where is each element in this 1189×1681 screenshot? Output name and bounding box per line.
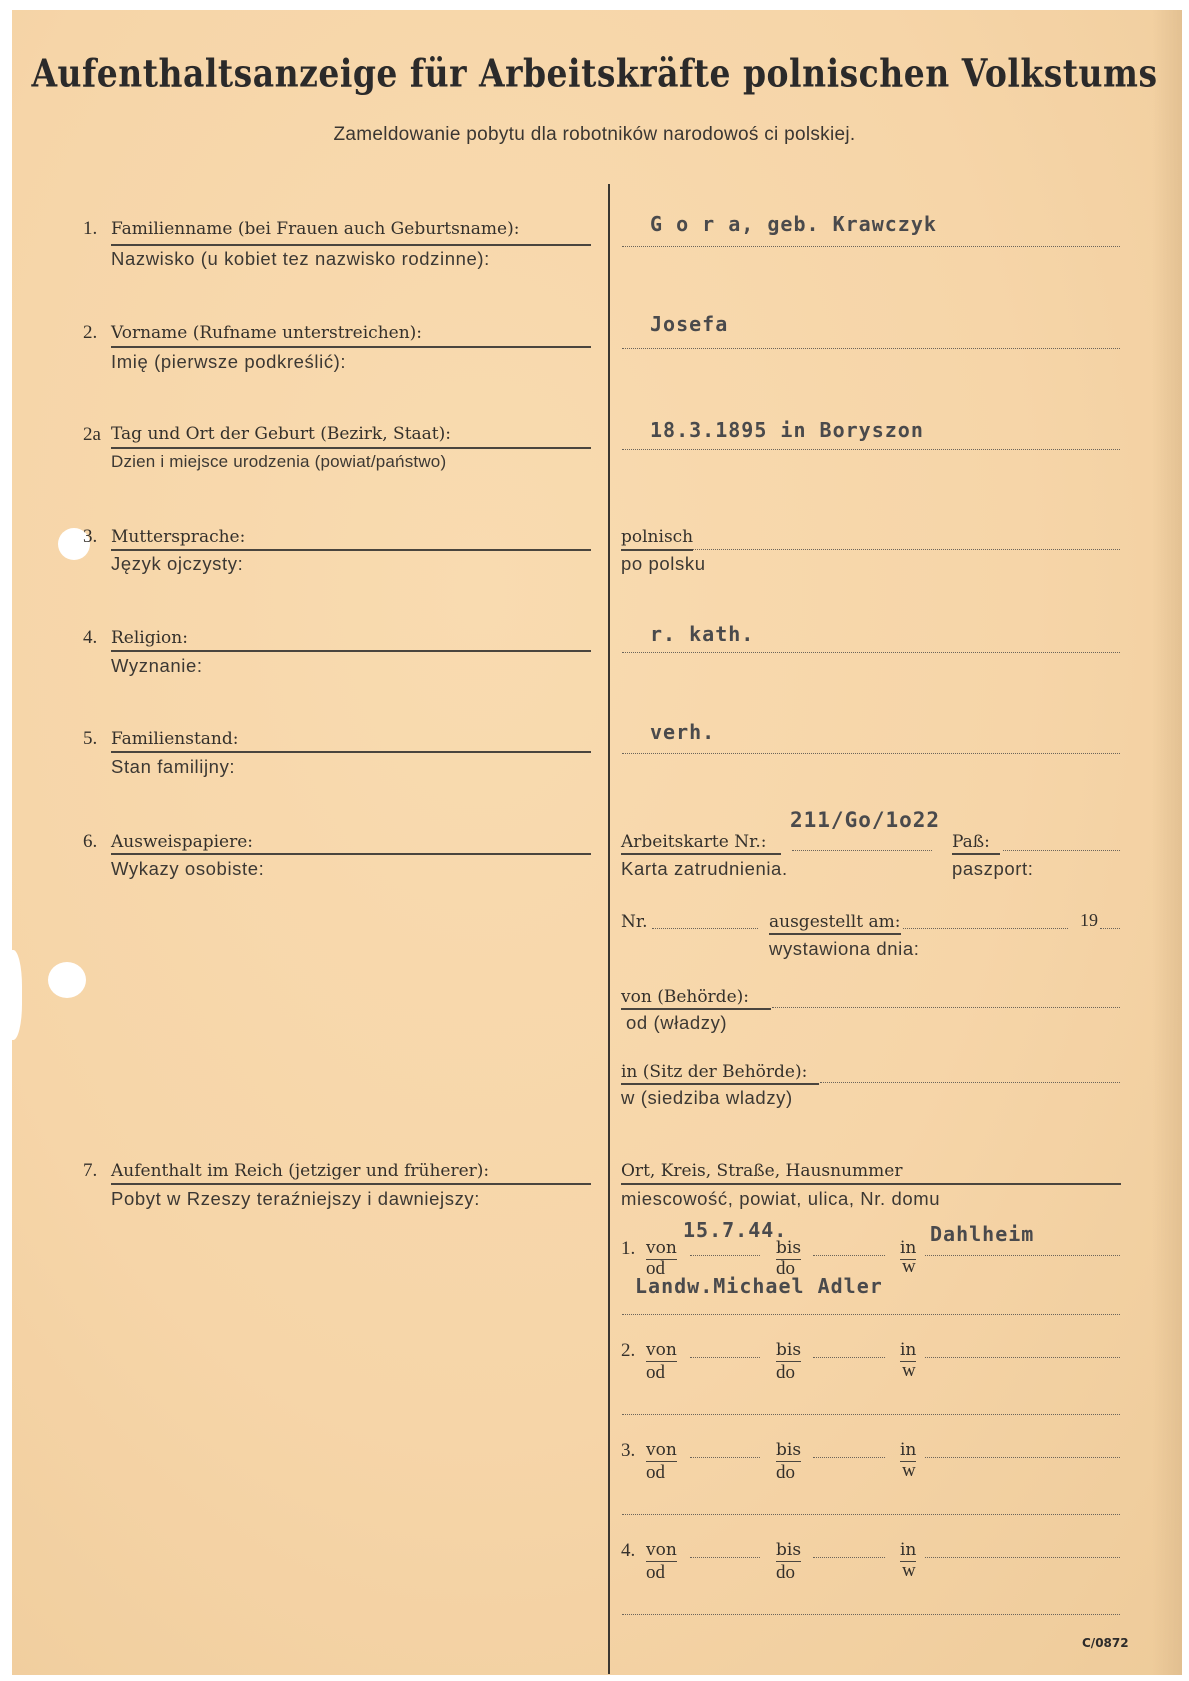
field-label-pl: Dzien i miejsce urodzenia (powiat/państw… xyxy=(111,452,446,472)
mother-tongue-value-pl: po polsku xyxy=(621,553,706,575)
fill-line xyxy=(622,348,1120,349)
in-label: in xyxy=(900,1440,916,1460)
row-number: 3. xyxy=(621,1440,635,1462)
until-label: bis xyxy=(776,1238,801,1258)
marital-status-value[interactable]: verh. xyxy=(650,720,715,744)
label-underline xyxy=(111,1183,591,1185)
field-label-pl: Nazwisko (u kobiet tez nazwisko rodzinne… xyxy=(111,248,490,270)
until-fill-line[interactable] xyxy=(813,1457,885,1458)
label-underline xyxy=(111,244,591,246)
authority-fill-line[interactable] xyxy=(772,1007,1120,1008)
in-label-pl: w xyxy=(902,1560,916,1582)
fill-line xyxy=(622,753,1120,754)
field-label-de: Vorname (Rufname unterstreichen): xyxy=(111,323,422,343)
until-fill-line[interactable] xyxy=(813,1357,885,1358)
from-label-de: von xyxy=(646,1238,677,1260)
fill-line[interactable] xyxy=(622,1614,1120,1615)
in-label-de: in xyxy=(900,1340,916,1362)
passport-label-de: Paß: xyxy=(952,832,990,852)
from-fill-line[interactable] xyxy=(690,1557,760,1558)
torn-edge xyxy=(0,950,22,1040)
label-underline xyxy=(621,1083,819,1085)
field-number: 1. xyxy=(83,218,97,240)
label-underline xyxy=(111,853,591,855)
residence-header-de: Ort, Kreis, Straße, Hausnummer xyxy=(621,1161,902,1181)
fill-line xyxy=(622,652,1120,653)
field-label-pl: Wykazy osobiste: xyxy=(111,858,264,880)
from-label-pl: od xyxy=(646,1462,665,1484)
field-number: 4. xyxy=(83,627,97,649)
from-label-de: von xyxy=(646,1540,677,1562)
birth-date-place-value[interactable]: 18.3.1895 in Boryszon xyxy=(650,418,924,442)
authority-label-pl: od (władzy) xyxy=(626,1012,727,1034)
year-fill-line[interactable] xyxy=(1100,928,1120,929)
fill-line[interactable] xyxy=(622,1414,1120,1415)
field-number: 6. xyxy=(83,831,97,853)
residence-1-from-value[interactable]: 15.7.44. xyxy=(683,1218,787,1242)
from-fill-line[interactable] xyxy=(690,1255,760,1256)
work-card-label-de: Arbeitskarte Nr.: xyxy=(621,832,766,852)
label-underline xyxy=(111,447,591,449)
residence-header-pl: miescowość, powiat, ulica, Nr. domu xyxy=(621,1188,940,1210)
until-label-de: bis xyxy=(776,1238,801,1260)
religion-value[interactable]: r. kath. xyxy=(650,622,754,646)
place-fill-line[interactable] xyxy=(925,1557,1120,1558)
form-code: C/0872 xyxy=(1082,1636,1129,1650)
field-label-pl: Imię (pierwsze podkreślić): xyxy=(111,351,346,373)
until-label-pl: do xyxy=(776,1462,795,1484)
authority-label-de: von (Behörde): xyxy=(621,987,749,1007)
until-label-de: bis xyxy=(776,1440,801,1462)
issued-on-label-de: ausgestellt am: xyxy=(769,912,900,932)
fill-line[interactable] xyxy=(622,1514,1120,1515)
residence-1-employer-value[interactable]: Landw.Michael Adler xyxy=(635,1274,883,1298)
in-label-de: in xyxy=(900,1540,916,1562)
from-label: von xyxy=(646,1340,677,1360)
until-label: bis xyxy=(776,1340,801,1360)
in-label-pl: w xyxy=(902,1460,916,1482)
field-label-pl: Język ojczysty: xyxy=(111,553,243,575)
field-label-de: Religion: xyxy=(111,628,188,648)
field-number: 3. xyxy=(83,526,97,548)
field-label-pl: Stan familijny: xyxy=(111,756,235,778)
document-nr-fill-line[interactable] xyxy=(652,928,758,929)
until-fill-line[interactable] xyxy=(813,1255,885,1256)
form-title: Aufenthaltsanzeige für Arbeitskräfte pol… xyxy=(0,51,1189,96)
from-label-de: von xyxy=(646,1340,677,1362)
field-number: 5. xyxy=(83,728,97,750)
label-underline xyxy=(621,1183,1121,1185)
fill-line xyxy=(622,1314,1120,1315)
column-divider xyxy=(608,184,610,1674)
year-prefix: 19 xyxy=(1080,910,1098,931)
mother-tongue-value-de: polnisch xyxy=(621,527,693,547)
fill-line xyxy=(792,850,932,851)
field-label-pl: Pobyt w Rzeszy teraźniejszy i dawniejszy… xyxy=(111,1188,480,1210)
field-label-pl: Wyznanie: xyxy=(111,655,203,677)
label-underline xyxy=(621,853,781,855)
authority-seat-label-pl: w (siedziba wladzy) xyxy=(621,1087,793,1109)
place-fill-line[interactable] xyxy=(925,1255,1120,1256)
fill-line xyxy=(622,246,1120,247)
field-label-de: Familienstand: xyxy=(111,729,238,749)
row-number: 1. xyxy=(621,1238,635,1260)
label-underline xyxy=(769,933,901,935)
fill-line xyxy=(693,549,1120,550)
until-label-de: bis xyxy=(776,1540,801,1562)
label-underline xyxy=(952,853,1000,855)
row-number: 4. xyxy=(621,1540,635,1562)
until-label-pl: do xyxy=(776,1362,795,1384)
field-number: 7. xyxy=(83,1160,97,1182)
field-label-de: Ausweispapiere: xyxy=(111,832,253,852)
from-fill-line[interactable] xyxy=(690,1357,760,1358)
authority-seat-label-de: in (Sitz der Behörde): xyxy=(621,1062,807,1082)
work-card-label-pl: Karta zatrudnienia. xyxy=(621,858,788,880)
from-label: von xyxy=(646,1238,677,1258)
field-label-de: Aufenthalt im Reich (jetziger und früher… xyxy=(111,1161,489,1181)
until-label-pl: do xyxy=(776,1562,795,1584)
place-fill-line[interactable] xyxy=(925,1357,1120,1358)
label-underline xyxy=(621,549,693,551)
field-number: 2a xyxy=(83,424,101,446)
until-label-de: bis xyxy=(776,1340,801,1362)
from-label-pl: od xyxy=(646,1562,665,1584)
in-label: in xyxy=(900,1238,916,1258)
until-label: bis xyxy=(776,1540,801,1560)
from-label-pl: od xyxy=(646,1362,665,1384)
from-label: von xyxy=(646,1440,677,1460)
work-card-number-value[interactable]: 211/Go/1o22 xyxy=(790,808,940,832)
field-label-de: Familienname (bei Frauen auch Geburtsnam… xyxy=(111,219,519,239)
document-nr-label: Nr. xyxy=(621,912,648,932)
form-subtitle: Zameldowanie pobytu dla robotników narod… xyxy=(0,124,1189,146)
label-underline xyxy=(111,346,591,348)
in-label-pl: w xyxy=(902,1360,916,1382)
from-label-de: von xyxy=(646,1440,677,1462)
from-fill-line[interactable] xyxy=(690,1457,760,1458)
passport-fill-line[interactable] xyxy=(1003,850,1120,851)
label-underline xyxy=(111,751,591,753)
in-label-pl: w xyxy=(902,1256,916,1278)
row-number: 2. xyxy=(621,1340,635,1362)
surname-value[interactable]: G o r a, geb. Krawczyk xyxy=(650,212,937,236)
until-label: bis xyxy=(776,1440,801,1460)
residence-1-place-value[interactable]: Dahlheim xyxy=(930,1222,1034,1246)
label-underline xyxy=(111,650,591,652)
label-underline xyxy=(621,1008,771,1010)
in-label: in xyxy=(900,1340,916,1360)
fill-line xyxy=(622,449,1120,450)
field-label-de: Tag und Ort der Geburt (Bezirk, Staat): xyxy=(111,424,451,444)
field-number: 2. xyxy=(83,322,97,344)
punch-hole xyxy=(48,962,86,998)
passport-label-pl: paszport: xyxy=(952,858,1034,880)
first-name-value[interactable]: Josefa xyxy=(650,312,728,336)
authority-seat-fill-line[interactable] xyxy=(820,1082,1120,1083)
in-label-de: in xyxy=(900,1440,916,1462)
place-fill-line[interactable] xyxy=(925,1457,1120,1458)
label-underline xyxy=(111,549,591,551)
until-fill-line[interactable] xyxy=(813,1557,885,1558)
issued-on-label-pl: wystawiona dnia: xyxy=(769,938,919,960)
issued-on-fill-line[interactable] xyxy=(903,928,1068,929)
in-label: in xyxy=(900,1540,916,1560)
from-label: von xyxy=(646,1540,677,1560)
field-label-de: Muttersprache: xyxy=(111,527,245,547)
